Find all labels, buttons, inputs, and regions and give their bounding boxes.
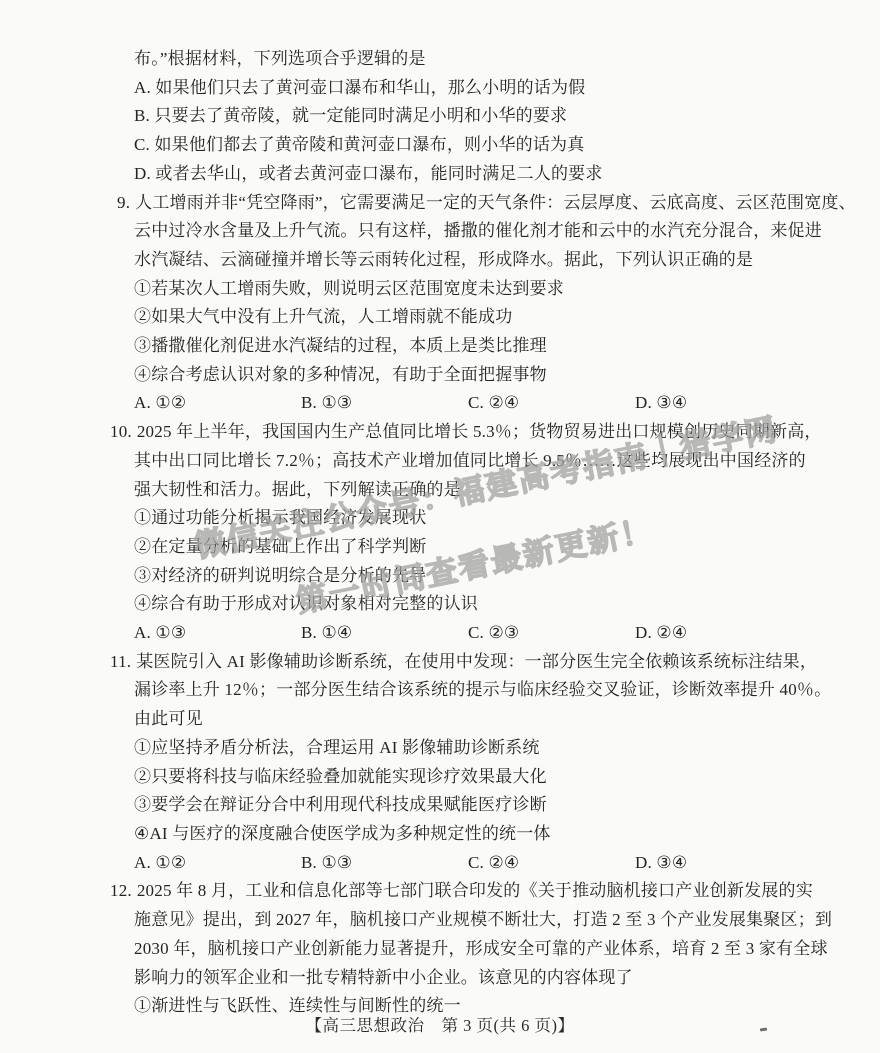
q11-stem-line-2: 漏诊率上升 12％；一部分医生结合该系统的提示与临床经验交叉验证，诊断效率提升 …	[134, 676, 834, 705]
q12-number: 12.	[110, 881, 132, 900]
q8-stem-tail: 布。”根据材料，下列选项合乎逻辑的是	[134, 45, 834, 74]
q9-choice-a: A. ①②	[134, 389, 301, 418]
q9-choice-b: B. ①③	[301, 389, 468, 418]
q10-choice-d: D. ②④	[635, 619, 687, 648]
q10-choice-c: C. ②③	[468, 619, 635, 648]
q10-stem-line-3: 强大韧性和活力。据此，下列解读正确的是	[134, 476, 834, 505]
q10-item-3: ③对经济的研判说明综合是分析的先导	[134, 562, 834, 591]
q11-item-3: ③要学会在辩证分合中利用现代科技成果赋能医疗诊断	[134, 791, 834, 820]
q9-item-4: ④综合考虑认识对象的多种情况，有助于全面把握事物	[134, 361, 834, 390]
q9-choice-d: D. ③④	[635, 389, 687, 418]
q11-choices-row: A. ①② B. ①③ C. ②④ D. ③④	[134, 849, 834, 878]
exam-content: 布。”根据材料，下列选项合乎逻辑的是 A. 如果他们只去了黄河壶口瀑布和华山，那…	[134, 45, 834, 1021]
q10-item-2: ②在定量分析的基础上作出了科学判断	[134, 533, 834, 562]
q11-stem-text-1: 某医院引入 AI 影像辅助诊断系统，在使用中发现：一部分医生完全依赖该系统标注结…	[136, 652, 817, 671]
q9-choice-c: C. ②④	[468, 389, 635, 418]
q11-choice-b: B. ①③	[301, 849, 468, 878]
q10-stem-line-1: 10.2025 年上半年，我国国内生产总值同比增长 5.3％；货物贸易进出口规模…	[134, 418, 834, 447]
q9-item-3: ③播撒催化剂促进水汽凝结的过程，本质上是类比推理	[134, 332, 834, 361]
q12-stem-line-2: 施意见》提出，到 2027 年，脑机接口产业规模不断壮大，打造 2 至 3 个产…	[134, 906, 834, 935]
q11-number: 11.	[110, 652, 131, 671]
q8-option-b: B. 只要去了黄帝陵，就一定能同时满足小明和小华的要求	[134, 102, 834, 131]
q9-item-2: ②如果大气中没有上升气流，人工增雨就不能成功	[134, 303, 834, 332]
q12-stem-line-4: 影响力的领军企业和一批专精特新中小企业。该意见的内容体现了	[134, 964, 834, 993]
q9-number: 9.	[117, 193, 130, 212]
q9-stem-line-1: 9.人工增雨并非“凭空降雨”，它需要满足一定的天气条件：云层厚度、云底高度、云区…	[134, 189, 834, 218]
q11-stem-line-1: 11.某医院引入 AI 影像辅助诊断系统，在使用中发现：一部分医生完全依赖该系统…	[134, 648, 834, 677]
q9-stem-line-3: 水汽凝结、云滴碰撞并增长等云雨转化过程，形成降水。据此，下列认识正确的是	[134, 246, 834, 275]
q11-stem-line-3: 由此可见	[134, 705, 834, 734]
page-footer: 【高三思想政治 第 3 页(共 6 页)】	[0, 1012, 880, 1036]
page-footer-text: 【高三思想政治 第 3 页(共 6 页)】	[306, 1016, 575, 1035]
q11-choice-d: D. ③④	[635, 849, 687, 878]
q8-option-d: D. 或者去华山，或者去黄河壶口瀑布，能同时满足二人的要求	[134, 160, 834, 189]
q10-choices-row: A. ①③ B. ①④ C. ②③ D. ②④	[134, 619, 834, 648]
q10-number: 10.	[110, 422, 132, 441]
q8-option-c: C. 如果他们都去了黄帝陵和黄河壶口瀑布，则小华的话为真	[134, 131, 834, 160]
q11-choice-a: A. ①②	[134, 849, 301, 878]
q10-choice-b: B. ①④	[301, 619, 468, 648]
q11-item-1: ①应坚持矛盾分析法，合理运用 AI 影像辅助诊断系统	[134, 734, 834, 763]
q12-stem-text-1: 2025 年 8 月，工业和信息化部等七部门联合印发的《关于推动脑机接口产业创新…	[137, 881, 813, 900]
q10-choice-a: A. ①③	[134, 619, 301, 648]
q9-stem-line-2: 云中过冷水含量及上升气流。只有这样，播撒的催化剂才能和云中的水汽充分混合，来促进	[134, 217, 834, 246]
q9-stem-text-1: 人工增雨并非“凭空降雨”，它需要满足一定的天气条件：云层厚度、云底高度、云区范围…	[135, 193, 856, 212]
q8-option-a: A. 如果他们只去了黄河壶口瀑布和华山，那么小明的话为假	[134, 74, 834, 103]
q12-stem-line-3: 2030 年，脑机接口产业创新能力显著提升，形成安全可靠的产业体系，培育 2 至…	[134, 935, 834, 964]
q10-stem-text-1: 2025 年上半年，我国国内生产总值同比增长 5.3％；货物贸易进出口规模创历史…	[137, 422, 822, 441]
q9-item-1: ①若某次人工增雨失败，则说明云区范围宽度未达到要求	[134, 275, 834, 304]
q12-stem-line-1: 12.2025 年 8 月，工业和信息化部等七部门联合印发的《关于推动脑机接口产…	[134, 877, 834, 906]
q11-choice-c: C. ②④	[468, 849, 635, 878]
q11-item-2: ②只要将科技与临床经验叠加就能实现诊疗效果最大化	[134, 763, 834, 792]
q10-stem-line-2: 其中出口同比增长 7.2％；高技术产业增加值同比增长 9.5％……这些均展现出中…	[134, 447, 834, 476]
q9-choices-row: A. ①② B. ①③ C. ②④ D. ③④	[134, 389, 834, 418]
q10-item-1: ①通过功能分析揭示我国经济发展现状	[134, 504, 834, 533]
q10-item-4: ④综合有助于形成对认识对象相对完整的认识	[134, 590, 834, 619]
q11-item-4: ④AI 与医疗的深度融合使医学成为多种规定性的统一体	[134, 820, 834, 849]
exam-page: 微信关注公众号：福建高考指南｜猎学网 第一时间查看最新更新！ 布。”根据材料，下…	[0, 0, 880, 1053]
